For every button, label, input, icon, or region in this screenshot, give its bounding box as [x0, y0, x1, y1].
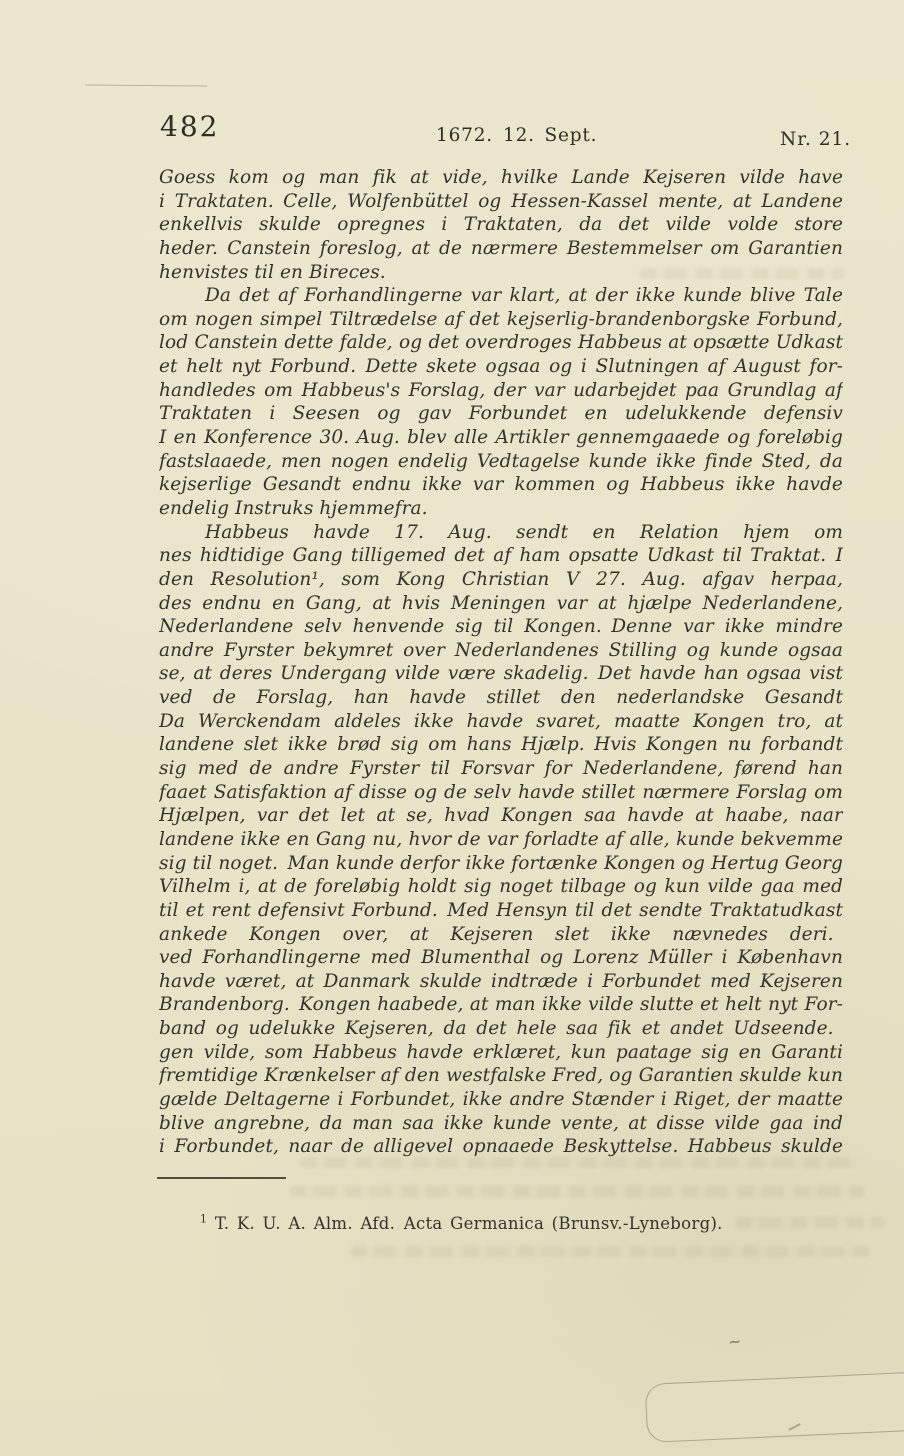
text-line: landene slet ikke brød sig om hans Hjælp… — [159, 733, 843, 757]
text-line: Nederlandene selv henvende sig til Konge… — [159, 615, 843, 639]
text-line: et helt nyt Forbund. Dette skete ogsaa o… — [159, 355, 843, 379]
text-line: andre Fyrster bekymret over Nederlandene… — [159, 639, 843, 663]
footnote-rule — [157, 1177, 286, 1179]
text-line: ankede Kongen over, at Kejseren slet ikk… — [159, 923, 843, 947]
ghost-text — [290, 1186, 865, 1197]
text-line: handledes om Habbeus's Forslag, der var … — [159, 379, 843, 403]
text-line: gen vilde, som Habbeus havde erklæret, k… — [159, 1041, 843, 1065]
text-line: gælde Deltagerne i Forbundet, ikke andre… — [159, 1088, 843, 1112]
text-line: havde været, at Danmark skulde indtræde … — [159, 970, 843, 994]
text-line: ved Forhandlingerne med Blumenthal og Lo… — [159, 946, 843, 970]
text-line: i Forbundet, naar de alligevel opnaaede … — [159, 1135, 843, 1159]
text-line: fastslaaede, men nogen endelig Vedtagels… — [159, 450, 843, 474]
footnote-text: T. K. U. A. Alm. Afd. Acta Germanica (Br… — [207, 1214, 722, 1233]
paragraph: Goess kom og man fik at vide, hvilke Lan… — [159, 166, 843, 284]
text-line: nes hidtidige Gang tilligemed det af ham… — [159, 544, 843, 568]
text-line: henvistes til en Bireces. — [159, 261, 843, 285]
text-line: Da det af Forhandlingerne var klart, at … — [159, 284, 843, 308]
page-number: 482 — [160, 113, 219, 141]
text-line: blive angrebne, da man saa ikke kunde ve… — [159, 1112, 843, 1136]
text-line: sig med de andre Fyrster til Forsvar for… — [159, 757, 843, 781]
text-line: lod Canstein dette falde, og det overdro… — [159, 331, 843, 355]
paragraph: Habbeus havde 17. Aug. sendt en Relation… — [159, 521, 843, 1159]
tilde-mark: ~ — [727, 1333, 743, 1351]
text-line: fremtidige Krænkelser af den westfalske … — [159, 1064, 843, 1088]
scanned-book-page: 482 1672. 12. Sept. Nr. 21. Goess kom og… — [0, 0, 904, 1456]
text-line: heder. Canstein foreslog, at de nærmere … — [159, 237, 843, 261]
text-line: landene ikke en Gang nu, hvor de var for… — [159, 828, 843, 852]
text-line: sig til noget. Man kunde derfor ikke for… — [159, 852, 843, 876]
text-line: kejserlige Gesandt endnu ikke var kommen… — [159, 473, 843, 497]
paper-scratch-mark — [85, 84, 207, 86]
text-line: des endnu en Gang, at hvis Meningen var … — [159, 592, 843, 616]
text-line: til et rent defensivt Forbund. Med Hensy… — [159, 899, 843, 923]
text-line: den Resolution¹, som Kong Christian V 27… — [159, 568, 843, 592]
label-outline — [645, 1369, 904, 1443]
text-line: I en Konference 30. Aug. blev alle Artik… — [159, 426, 843, 450]
ghost-text — [350, 1246, 870, 1257]
text-line: Goess kom og man fik at vide, hvilke Lan… — [159, 166, 843, 190]
text-line: Hjælpen, var det let at se, hvad Kongen … — [159, 804, 843, 828]
body-text: Goess kom og man fik at vide, hvilke Lan… — [159, 166, 843, 1159]
header-date: 1672. 12. Sept. — [436, 127, 597, 146]
text-line: Habbeus havde 17. Aug. sendt en Relation… — [159, 521, 843, 545]
text-line: Brandenborg. Kongen haabede, at man ikke… — [159, 993, 843, 1017]
text-line: Vilhelm i, at de foreløbig holdt sig nog… — [159, 875, 843, 899]
text-line: Da Werckendam aldeles ikke havde svaret,… — [159, 710, 843, 734]
text-line: ved de Forslag, han havde stillet den ne… — [159, 686, 843, 710]
text-line: endelig Instruks hjemmefra. — [159, 497, 843, 521]
footnote: 1 T. K. U. A. Alm. Afd. Acta Germanica (… — [159, 1213, 843, 1235]
text-line: faaet Satisfaktion af disse og de selv h… — [159, 781, 843, 805]
ghost-text — [300, 1157, 860, 1168]
paragraph: Da det af Forhandlingerne var klart, at … — [159, 284, 843, 520]
text-line: se, at deres Undergang vilde være skadel… — [159, 662, 843, 686]
header-issue-number: Nr. 21. — [780, 131, 851, 150]
text-line: enkellvis skulde opregnes i Traktaten, d… — [159, 213, 843, 237]
text-line: i Traktaten. Celle, Wolfenbüttel og Hess… — [159, 190, 843, 214]
text-line: om nogen simpel Tiltrædelse af det kejse… — [159, 308, 843, 332]
text-line: band og udelukke Kejseren, da det hele s… — [159, 1017, 843, 1041]
text-line: Traktaten i Seesen og gav Forbundet en u… — [159, 402, 843, 426]
